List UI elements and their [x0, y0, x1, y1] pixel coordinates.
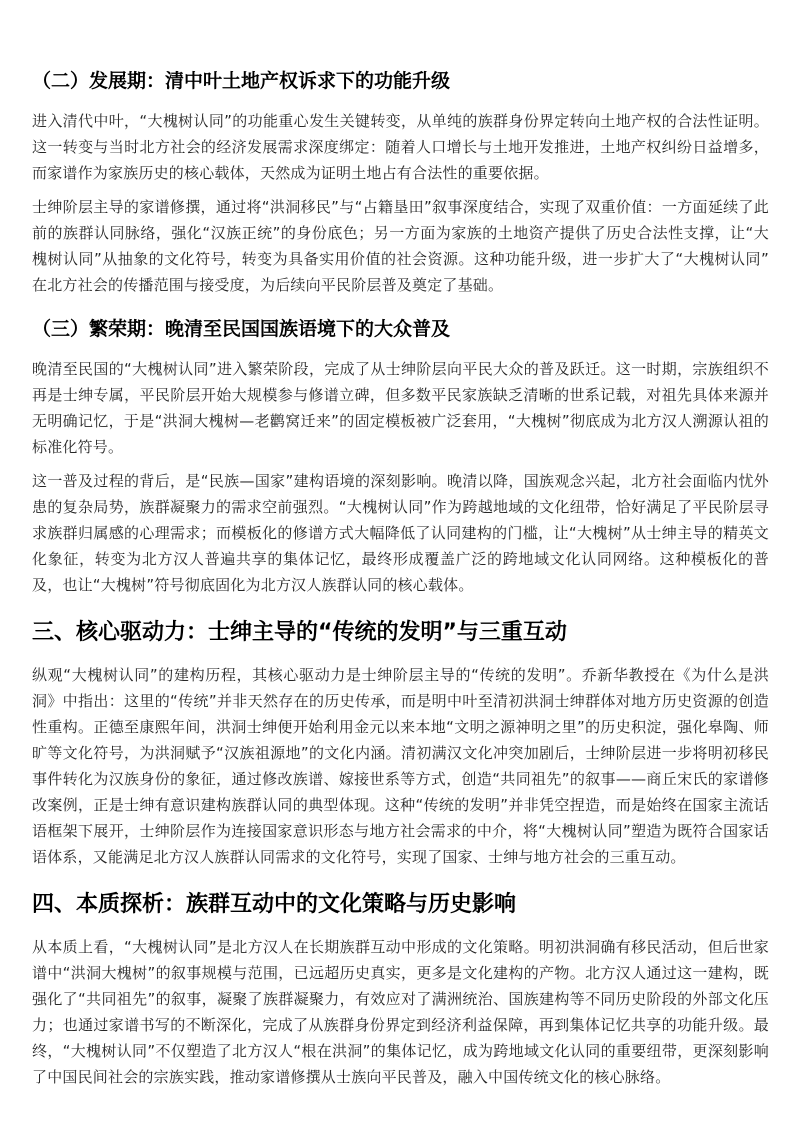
section-prosperity-period: （三）繁荣期：晚清至民国国族语境下的大众普及 晚清至民国的“大槐树认同”进入繁荣…: [32, 316, 769, 598]
section-heading-development: （二）发展期：清中叶土地产权诉求下的功能升级: [32, 68, 769, 95]
paragraph: 这一普及过程的背后，是“民族—国家”建构语境的深刻影响。晚清以降，国族观念兴起，…: [32, 468, 769, 598]
paragraph: 士绅阶层主导的家谱修撰，通过将“洪洞移民”与“占籍垦田”叙事深度结合，实现了双重…: [32, 194, 769, 298]
section-heading-core-driving-force: 三、核心驱动力：士绅主导的“传统的发明”与三重互动: [32, 618, 769, 648]
section-development-period: （二）发展期：清中叶土地产权诉求下的功能升级 进入清代中叶，“大槐树认同”的功能…: [32, 68, 769, 298]
paragraph: 纵观“大槐树认同”的建构历程，其核心驱动力是士绅阶层主导的“传统的发明”。乔新华…: [32, 662, 769, 870]
paragraph: 从本质上看，“大槐树认同”是北方汉人在长期族群互动中形成的文化策略。明初洪洞确有…: [32, 934, 769, 1090]
section-heading-prosperity: （三）繁荣期：晚清至民国国族语境下的大众普及: [32, 316, 769, 343]
paragraph: 进入清代中叶，“大槐树认同”的功能重心发生关键转变，从单纯的族群身份界定转向土地…: [32, 108, 769, 186]
section-essence-analysis: 四、本质探析：族群互动中的文化策略与历史影响 从本质上看，“大槐树认同”是北方汉…: [32, 890, 769, 1090]
document-page: （二）发展期：清中叶土地产权诉求下的功能升级 进入清代中叶，“大槐树认同”的功能…: [0, 0, 800, 1131]
section-heading-essence-analysis: 四、本质探析：族群互动中的文化策略与历史影响: [32, 890, 769, 920]
section-core-driving-force: 三、核心驱动力：士绅主导的“传统的发明”与三重互动 纵观“大槐树认同”的建构历程…: [32, 618, 769, 870]
paragraph: 晚清至民国的“大槐树认同”进入繁荣阶段，完成了从士绅阶层向平民大众的普及跃迁。这…: [32, 356, 769, 460]
